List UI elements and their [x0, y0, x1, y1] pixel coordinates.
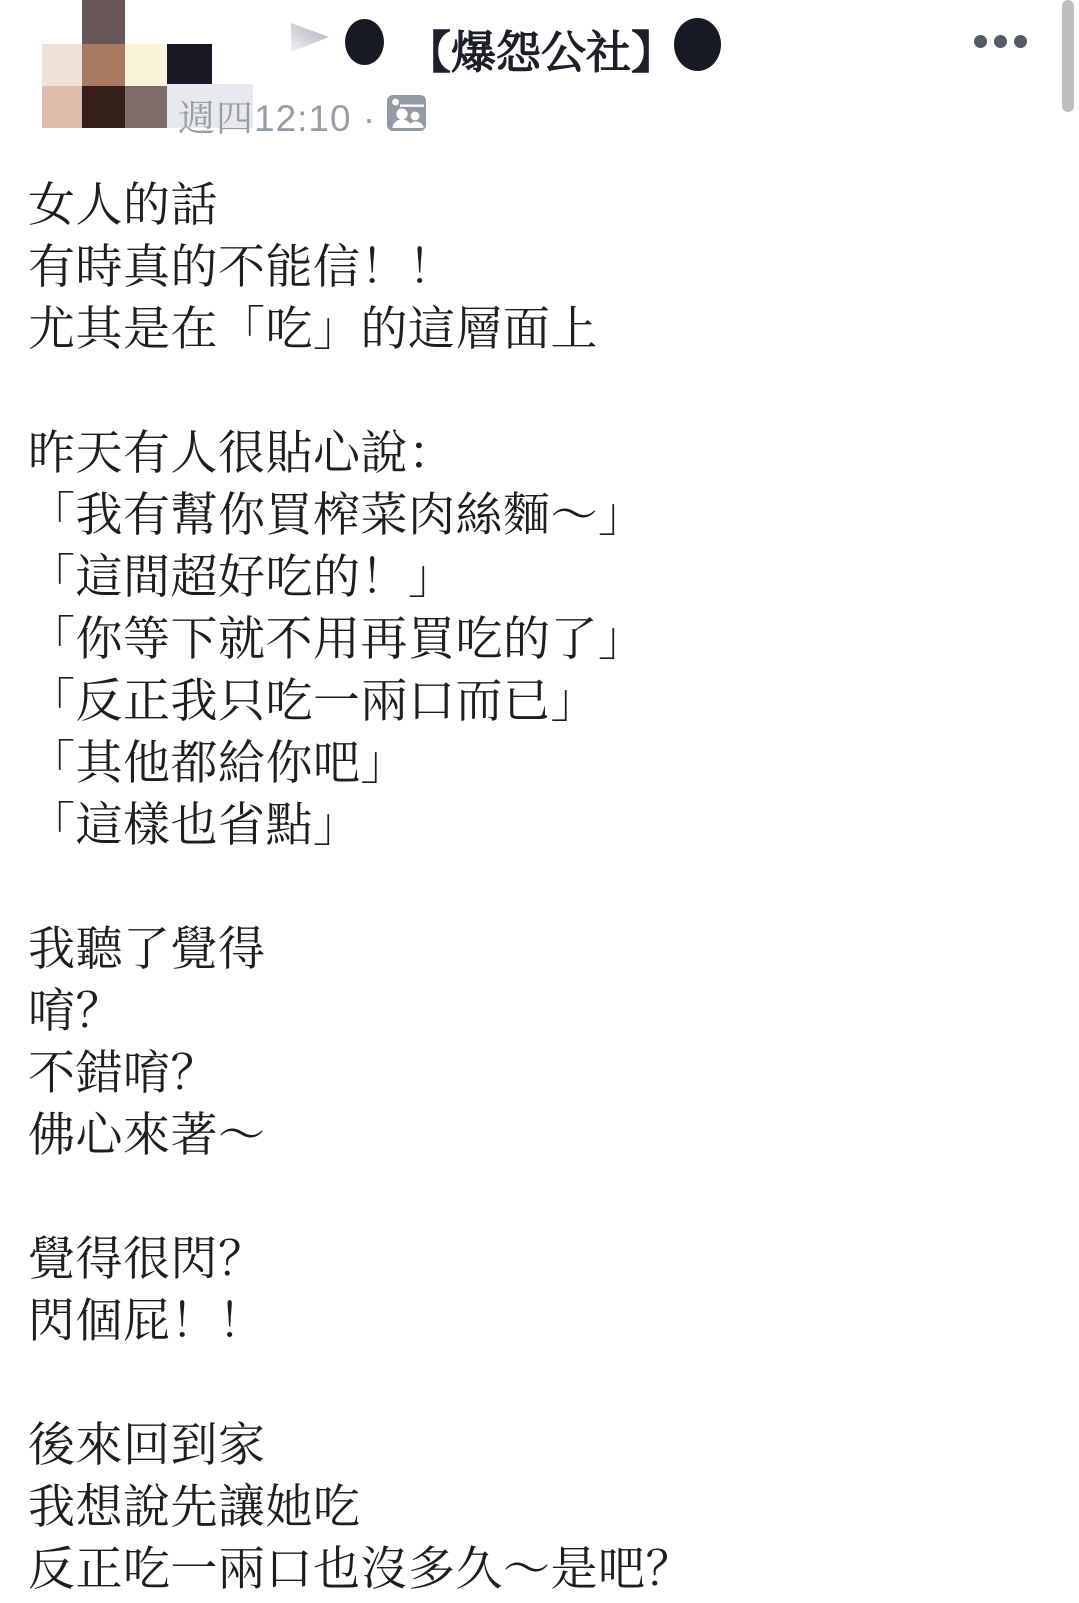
redaction-dot-left	[345, 19, 384, 65]
timestamp-row: 週四12:10 ·	[178, 88, 428, 142]
post-options-menu-icon[interactable]	[974, 35, 1027, 48]
timestamp[interactable]: 週四12:10 ·	[178, 88, 376, 142]
scrollbar-thumb[interactable]	[1062, 0, 1074, 112]
avatar-mosaic-cell	[42, 86, 82, 128]
share-arrow-icon	[290, 22, 330, 58]
menu-dot	[974, 35, 987, 48]
avatar-mosaic-cell	[125, 44, 167, 86]
menu-dot	[1014, 35, 1027, 48]
menu-dot	[994, 35, 1007, 48]
avatar-mosaic-cell	[82, 44, 125, 86]
avatar-mosaic-cell	[42, 44, 82, 86]
avatar-mosaic-cell	[82, 86, 125, 128]
post-body-text: 女人的話 有時真的不能信！！ 尤其是在「吃」的這層面上 昨天有人很貼心說： 「我…	[28, 174, 1058, 1600]
group-name-title[interactable]: 【爆怨公社】	[406, 16, 676, 81]
facebook-post-screen: 【爆怨公社】 週四12:10 ·	[0, 0, 1079, 1603]
redaction-dot-right	[674, 18, 721, 71]
avatar-mosaic-cell	[82, 0, 125, 44]
avatar-mosaic-cell	[167, 44, 212, 84]
group-members-icon	[386, 93, 428, 138]
avatar-mosaic-cell	[125, 86, 167, 128]
